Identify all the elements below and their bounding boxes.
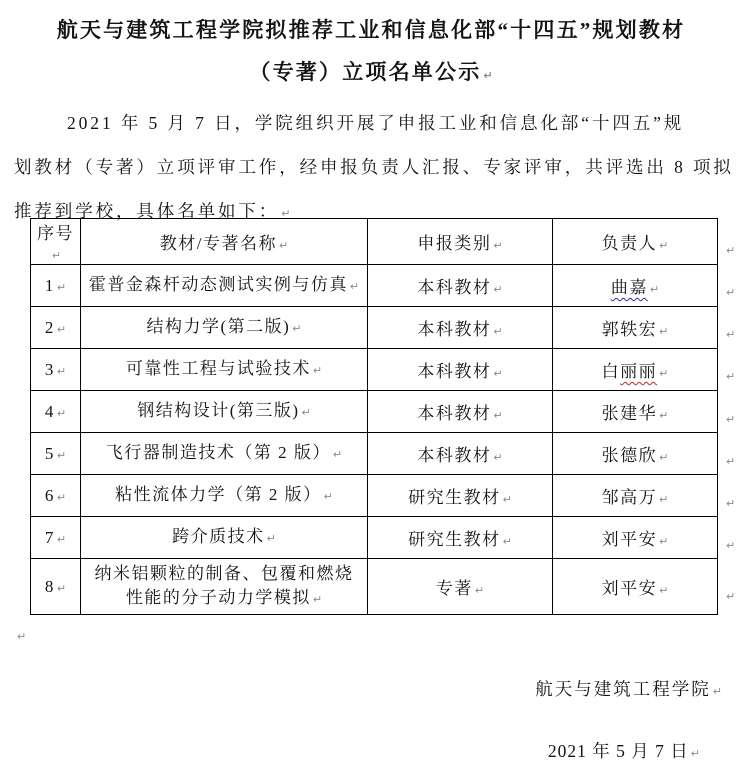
cell-category: 本科教材↵	[368, 307, 553, 349]
cell-name: 钢结构设计(第三版)↵	[81, 391, 368, 433]
cell-no: 8↵	[31, 559, 81, 615]
cell-no: 7↵	[31, 517, 81, 559]
leader-name: 刘平安	[602, 530, 658, 549]
paragraph-mark: ↵	[493, 283, 502, 296]
leader-name: 张建华	[602, 404, 658, 423]
cell-name: 霍普金森杆动态测试实例与仿真↵	[81, 265, 368, 307]
paragraph-mark: ↵	[659, 325, 668, 338]
leader-name: 白	[602, 362, 621, 381]
header-label: 序号	[37, 224, 74, 243]
paragraph-mark: ↵	[333, 448, 342, 461]
row-end-mark: ↵	[726, 328, 735, 341]
table-header-row: 序号↵ 教材/专著名称↵ 申报类别↵ 负责人↵	[31, 219, 718, 265]
cell-name: 纳米铝颗粒的制备、包覆和燃烧 性能的分子动力学模拟↵	[81, 559, 368, 615]
book-title: 粘性流体力学（第 2 版）	[115, 485, 322, 504]
leader-name: 张德欣	[602, 446, 658, 465]
cell-name: 结构力学(第二版)↵	[81, 307, 368, 349]
row-end-mark: ↵	[726, 590, 735, 603]
paragraph-mark: ↵	[313, 364, 322, 377]
row-end-mark: ↵	[726, 539, 735, 552]
cell-no: 3↵	[31, 349, 81, 391]
cell-category: 本科教材↵	[368, 433, 553, 475]
paragraph-mark: ↵	[57, 281, 66, 294]
row-end-mark: ↵	[726, 413, 735, 426]
paragraph-mark: ↵	[57, 449, 66, 462]
paragraph-mark: ↵	[691, 747, 700, 760]
header-cell-category: 申报类别↵	[368, 219, 553, 265]
table-row: 3↵ 可靠性工程与试验技术↵ 本科教材↵ 白丽丽↵	[31, 349, 718, 391]
title-text: （专著）立项名单公示	[249, 60, 481, 84]
cell-leader: 白丽丽↵	[553, 349, 718, 391]
book-title: 跨介质技术	[172, 527, 265, 546]
category-label: 研究生教材	[408, 530, 501, 549]
body-paragraph-line2: 划教材（专著）立项评审工作，经申报负责人汇报、专家评审，共评选出 8 项拟	[14, 154, 734, 179]
header-cell-leader: 负责人↵	[553, 219, 718, 265]
paragraph-mark: ↵	[483, 69, 492, 82]
row-end-mark: ↵	[726, 244, 735, 257]
cell-no: 5↵	[31, 433, 81, 475]
paragraph-mark: ↵	[302, 406, 311, 419]
leader-name: 邹高万	[602, 488, 658, 507]
category-label: 本科教材	[417, 446, 491, 465]
cell-name: 跨介质技术↵	[81, 517, 368, 559]
row-number: 1	[45, 276, 55, 295]
book-title: 可靠性工程与试验技术	[126, 359, 311, 378]
row-number: 2	[45, 318, 55, 337]
document-title-line2: （专著）立项名单公示↵	[0, 56, 742, 86]
body-paragraph-line1: 2021 年 5 月 7 日，学院组织开展了申报工业和信息化部“十四五”规	[67, 110, 684, 135]
signature-date: 2021 年 5 月 7 日↵	[0, 738, 700, 763]
paragraph-mark: ↵	[659, 409, 668, 422]
leader-name: 刘平安	[602, 579, 658, 598]
cell-category: 专著↵	[368, 559, 553, 615]
paragraph-mark: ↵	[57, 582, 66, 595]
row-number: 6	[45, 486, 55, 505]
header-label: 负责人	[602, 234, 658, 253]
cell-leader: 曲嘉↵	[553, 265, 718, 307]
paragraph-mark: ↵	[313, 593, 322, 606]
row-number: 3	[45, 360, 55, 379]
cell-leader: 刘平安↵	[553, 517, 718, 559]
cell-category: 研究生教材↵	[368, 517, 553, 559]
header-label: 申报类别	[417, 234, 491, 253]
paragraph-mark: ↵	[659, 451, 668, 464]
table-row: 7↵ 跨介质技术↵ 研究生教材↵ 刘平安↵	[31, 517, 718, 559]
signature-organization: 航天与建筑工程学院↵	[0, 676, 722, 701]
date-text: 2021 年 5 月 7 日	[548, 741, 689, 761]
paragraph-mark: ↵	[292, 322, 301, 335]
paragraph-mark: ↵	[52, 249, 61, 262]
book-title: 钢结构设计(第三版)	[137, 401, 299, 420]
category-label: 专著	[436, 579, 473, 598]
paragraph-mark: ↵	[279, 239, 288, 252]
table-row: 4↵ 钢结构设计(第三版)↵ 本科教材↵ 张建华↵	[31, 391, 718, 433]
paragraph-mark: ↵	[503, 493, 512, 506]
header-label: 教材/专著名称	[160, 234, 277, 253]
paragraph-mark: ↵	[493, 451, 502, 464]
cell-category: 研究生教材↵	[368, 475, 553, 517]
row-number: 7	[45, 528, 55, 547]
paragraph-mark: ↵	[493, 409, 502, 422]
paragraph-mark: ↵	[57, 323, 66, 336]
book-title: 飞行器制造技术（第 2 版）	[106, 443, 331, 462]
paragraph-mark: ↵	[659, 239, 668, 252]
category-label: 本科教材	[417, 404, 491, 423]
paragraph-mark: ↵	[659, 535, 668, 548]
cell-name: 可靠性工程与试验技术↵	[81, 349, 368, 391]
table-row: 6↵ 粘性流体力学（第 2 版）↵ 研究生教材↵ 邹高万↵	[31, 475, 718, 517]
paragraph-mark: ↵	[650, 283, 659, 296]
paragraph-mark: ↵	[493, 239, 502, 252]
document-page: 航天与建筑工程学院拟推荐工业和信息化部“十四五”规划教材 （专著）立项名单公示↵…	[0, 0, 742, 784]
spellcheck-underlined-name: 曲嘉	[611, 278, 648, 297]
paragraph-mark: ↵	[475, 584, 484, 597]
paragraph-mark: ↵	[57, 491, 66, 504]
paragraph-mark: ↵	[57, 407, 66, 420]
header-cell-no: 序号↵	[31, 219, 81, 265]
cell-no: 1↵	[31, 265, 81, 307]
paragraph-mark: ↵	[713, 685, 722, 698]
cell-category: 本科教材↵	[368, 391, 553, 433]
paragraph-mark: ↵	[57, 533, 66, 546]
paragraph-mark: ↵	[659, 584, 668, 597]
paragraph-mark: ↵	[350, 280, 359, 293]
table-row: 2↵ 结构力学(第二版)↵ 本科教材↵ 郭轶宏↵	[31, 307, 718, 349]
paragraph-mark: ↵	[503, 535, 512, 548]
paragraph-mark: ↵	[493, 367, 502, 380]
row-number: 5	[45, 444, 55, 463]
cell-name: 粘性流体力学（第 2 版）↵	[81, 475, 368, 517]
book-title: 结构力学(第二版)	[146, 317, 290, 336]
recommendation-table: 序号↵ 教材/专著名称↵ 申报类别↵ 负责人↵ 1↵ 霍普金森杆动态测试实例与仿…	[30, 218, 718, 615]
row-end-mark: ↵	[726, 455, 735, 468]
cell-category: 本科教材↵	[368, 265, 553, 307]
header-cell-name: 教材/专著名称↵	[81, 219, 368, 265]
organization-name: 航天与建筑工程学院	[535, 679, 711, 699]
row-end-mark: ↵	[726, 370, 735, 383]
book-title: 霍普金森杆动态测试实例与仿真	[89, 275, 348, 294]
cell-name: 飞行器制造技术（第 2 版）↵	[81, 433, 368, 475]
cell-leader: 郭轶宏↵	[553, 307, 718, 349]
category-label: 本科教材	[417, 278, 491, 297]
row-number: 8	[45, 577, 55, 596]
cell-leader: 张建华↵	[553, 391, 718, 433]
cell-no: 6↵	[31, 475, 81, 517]
table-row: 1↵ 霍普金森杆动态测试实例与仿真↵ 本科教材↵ 曲嘉↵	[31, 265, 718, 307]
document-title-line1: 航天与建筑工程学院拟推荐工业和信息化部“十四五”规划教材	[0, 14, 742, 44]
row-end-mark: ↵	[726, 286, 735, 299]
cell-leader: 刘平安↵	[553, 559, 718, 615]
category-label: 研究生教材	[408, 488, 501, 507]
paragraph-mark: ↵	[267, 532, 276, 545]
empty-paragraph-mark: ↵	[17, 630, 26, 643]
paragraph-mark: ↵	[493, 325, 502, 338]
row-end-mark: ↵	[726, 497, 735, 510]
spellcheck-underlined-name: 丽丽	[620, 362, 657, 381]
row-number: 4	[45, 402, 55, 421]
category-label: 本科教材	[417, 320, 491, 339]
cell-no: 2↵	[31, 307, 81, 349]
paragraph-mark: ↵	[659, 493, 668, 506]
table-row: 8↵ 纳米铝颗粒的制备、包覆和燃烧 性能的分子动力学模拟↵ 专著↵ 刘平安↵	[31, 559, 718, 615]
cell-leader: 邹高万↵	[553, 475, 718, 517]
table-row: 5↵ 飞行器制造技术（第 2 版）↵ 本科教材↵ 张德欣↵	[31, 433, 718, 475]
cell-category: 本科教材↵	[368, 349, 553, 391]
leader-name: 郭轶宏	[602, 320, 658, 339]
cell-no: 4↵	[31, 391, 81, 433]
category-label: 本科教材	[417, 362, 491, 381]
cell-leader: 张德欣↵	[553, 433, 718, 475]
paragraph-mark: ↵	[324, 490, 333, 503]
paragraph-mark: ↵	[659, 367, 668, 380]
paragraph-mark: ↵	[57, 365, 66, 378]
